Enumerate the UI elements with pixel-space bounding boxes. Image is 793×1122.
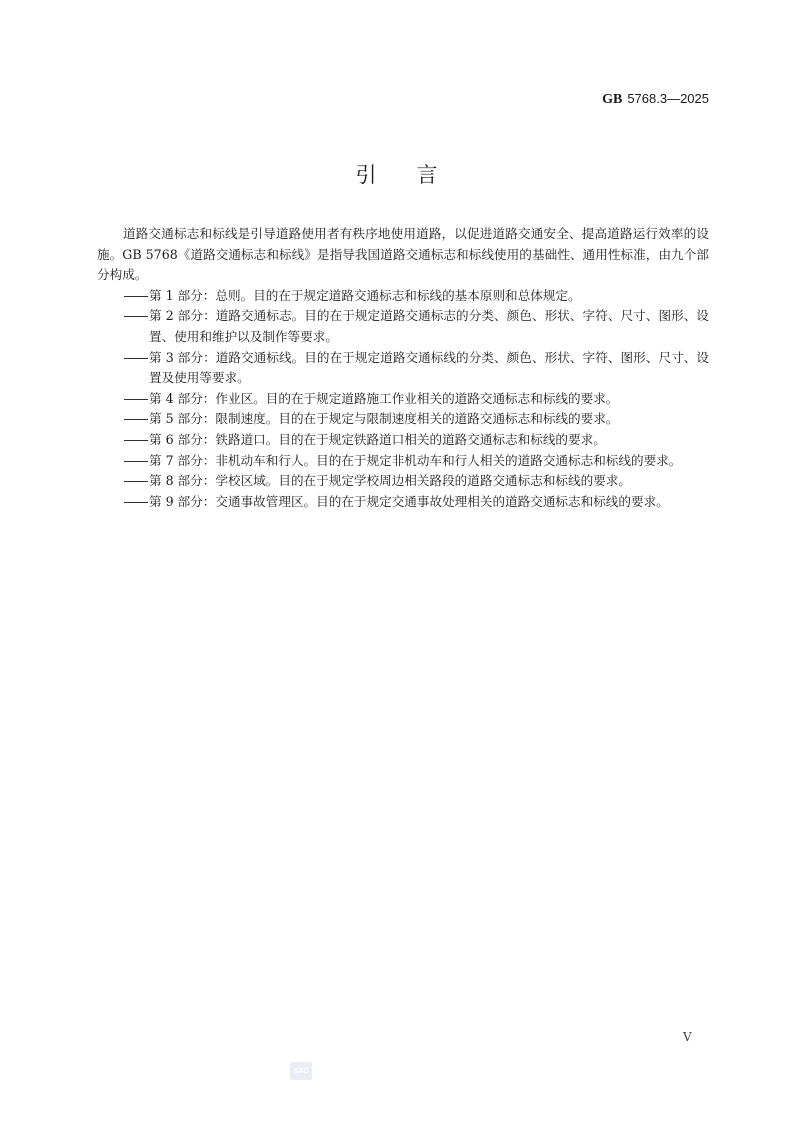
list-item-text: 第 5 部分：限制速度。目的在于规定与限制速度相关的道路交通标志和标线的要求。 bbox=[149, 411, 618, 426]
list-item-part-5: 第 5 部分：限制速度。目的在于规定与限制速度相关的道路交通标志和标线的要求。 bbox=[97, 409, 709, 430]
list-item-part-1: 第 1 部分：总则。目的在于规定道路交通标志和标线的基本原则和总体规定。 bbox=[97, 286, 709, 307]
intro-paragraph: 道路交通标志和标线是引导道路使用者有秩序地使用道路，以促进道路交通安全、提高道路… bbox=[97, 224, 709, 286]
list-item-text: 第 2 部分：道路交通标志。目的在于规定道路交通标志的分类、颜色、形状、字符、尺… bbox=[149, 308, 709, 344]
document-body: 道路交通标志和标线是引导道路使用者有秩序地使用道路，以促进道路交通安全、提高道路… bbox=[97, 224, 709, 512]
list-item-text: 第 4 部分：作业区。目的在于规定道路施工作业相关的道路交通标志和标线的要求。 bbox=[149, 391, 618, 406]
list-item-text: 第 7 部分：非机动车和行人。目的在于规定非机动车和行人相关的道路交通标志和标线… bbox=[149, 453, 681, 468]
list-item-text: 第 3 部分：道路交通标线。目的在于规定道路交通标线的分类、颜色、形状、字符、图… bbox=[149, 350, 709, 386]
standard-code: 5768.3—2025 bbox=[627, 91, 709, 106]
list-item-text: 第 1 部分：总则。目的在于规定道路交通标志和标线的基本原则和总体规定。 bbox=[149, 288, 581, 303]
list-item-part-8: 第 8 部分：学校区域。目的在于规定学校周边相关路段的道路交通标志和标线的要求。 bbox=[97, 471, 709, 492]
list-item-part-6: 第 6 部分：铁路道口。目的在于规定铁路道口相关的道路交通标志和标线的要求。 bbox=[97, 430, 709, 451]
list-item-text: 第 8 部分：学校区域。目的在于规定学校周边相关路段的道路交通标志和标线的要求。 bbox=[149, 473, 631, 488]
standard-number-header: GB5768.3—2025 bbox=[602, 91, 709, 108]
list-item-text: 第 9 部分：交通事故管理区。目的在于规定交通事故处理相关的道路交通标志和标线的… bbox=[149, 494, 669, 509]
list-item-part-7: 第 7 部分：非机动车和行人。目的在于规定非机动车和行人相关的道路交通标志和标线… bbox=[97, 451, 709, 472]
standard-prefix: GB bbox=[602, 92, 622, 107]
page-number: V bbox=[683, 1030, 692, 1044]
title-char-1: 引 bbox=[356, 159, 377, 189]
sac-logo-icon: SAC bbox=[290, 1062, 312, 1080]
list-item-part-3: 第 3 部分：道路交通标线。目的在于规定道路交通标线的分类、颜色、形状、字符、图… bbox=[97, 348, 709, 389]
title-char-2: 言 bbox=[417, 159, 438, 189]
list-item-text: 第 6 部分：铁路道口。目的在于规定铁路道口相关的道路交通标志和标线的要求。 bbox=[149, 432, 606, 447]
list-item-part-9: 第 9 部分：交通事故管理区。目的在于规定交通事故处理相关的道路交通标志和标线的… bbox=[97, 492, 709, 513]
list-item-part-2: 第 2 部分：道路交通标志。目的在于规定道路交通标志的分类、颜色、形状、字符、尺… bbox=[97, 306, 709, 347]
list-item-part-4: 第 4 部分：作业区。目的在于规定道路施工作业相关的道路交通标志和标线的要求。 bbox=[97, 389, 709, 410]
page-title: 引言 bbox=[0, 159, 793, 189]
